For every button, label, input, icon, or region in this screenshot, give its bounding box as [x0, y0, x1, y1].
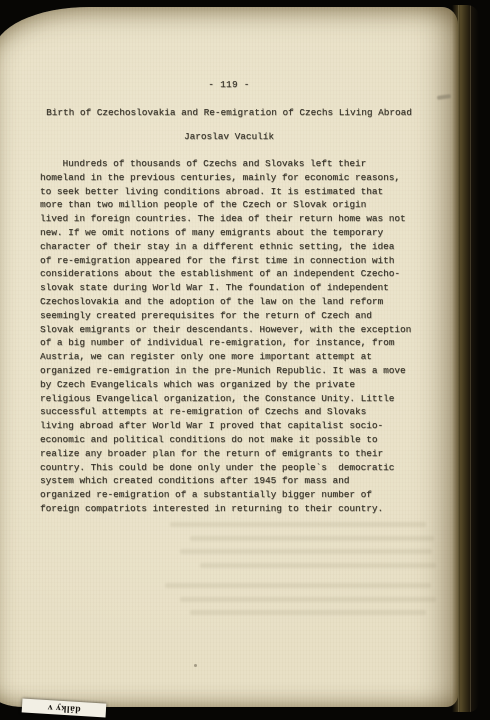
body-line: organized re-emigration in the pre-Munic…: [40, 364, 426, 378]
show-through-line: [165, 583, 431, 588]
body-line: by Czech Evangelicals which was organize…: [40, 378, 426, 392]
show-through-line: [190, 610, 426, 615]
body-line: foreign compatriots interested in return…: [40, 502, 426, 516]
page-number: - 119 -: [40, 78, 418, 92]
body-line: organized re-emigration of a substantial…: [40, 488, 426, 502]
body-line: of a big number of individual re-emigrat…: [40, 336, 426, 350]
body-line: to seek better living conditions abroad.…: [40, 185, 426, 199]
body-line: successful attempts at re-emigration of …: [40, 405, 426, 419]
body-line: considerations about the establishment o…: [40, 267, 426, 281]
show-through-line: [190, 536, 434, 541]
body-line: religious Evangelical organization, the …: [40, 392, 426, 406]
show-through-line: [170, 522, 426, 527]
body-line: realize any broader plan for the return …: [40, 447, 426, 461]
body-line: new. If we omit notions of many emigrant…: [40, 226, 426, 240]
article-title: Birth of Czechoslovakia and Re-emigratio…: [40, 106, 418, 120]
body-line: country. This could be done only under t…: [40, 461, 426, 475]
article-body: Hundreds of thousands of Czechs and Slov…: [40, 157, 426, 516]
show-through-line: [200, 563, 436, 568]
body-line: Hundreds of thousands of Czechs and Slov…: [40, 157, 426, 171]
show-through-line: [180, 597, 436, 602]
body-line: homeland in the previous centuries, main…: [40, 171, 426, 185]
page-edge-stack: [452, 5, 479, 712]
paper-speck: [194, 664, 197, 667]
body-line: character of their stay in a different e…: [40, 240, 426, 254]
body-line: seemingly created prerequisites for the …: [40, 309, 426, 323]
body-line: living abroad after World War I proved t…: [40, 419, 426, 433]
slip-text: dálky v: [47, 702, 81, 714]
author-name: Jaroslav Vaculík: [40, 130, 418, 144]
show-through-line: [180, 549, 432, 554]
body-line: more than two million people of the Czec…: [40, 198, 426, 212]
body-line: system which created conditions after 19…: [40, 474, 426, 488]
body-line: Czechoslovakia and the adoption of the l…: [40, 295, 426, 309]
body-line: Austria, we can register only one more i…: [40, 350, 426, 364]
body-line: slovak state during World War I. The fou…: [40, 281, 426, 295]
scanned-page-view: { "colors": { "background": "#070604", "…: [0, 0, 490, 720]
body-line: lived in foreign countries. The idea of …: [40, 212, 426, 226]
body-line: Slovak emigrants or their descendants. H…: [40, 323, 426, 337]
body-line: of re-emigration appeared for the first …: [40, 254, 426, 268]
body-line: economic and political conditions do not…: [40, 433, 426, 447]
